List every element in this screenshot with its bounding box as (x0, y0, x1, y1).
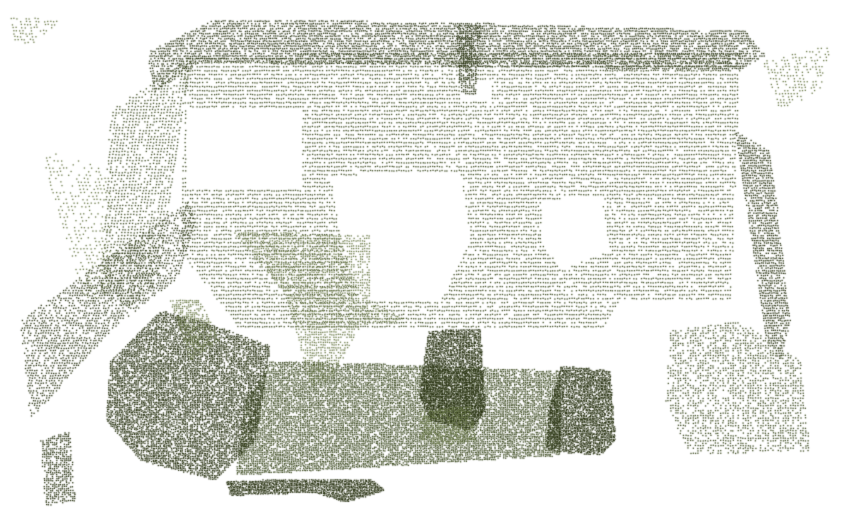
point-cloud-scene (0, 0, 850, 512)
